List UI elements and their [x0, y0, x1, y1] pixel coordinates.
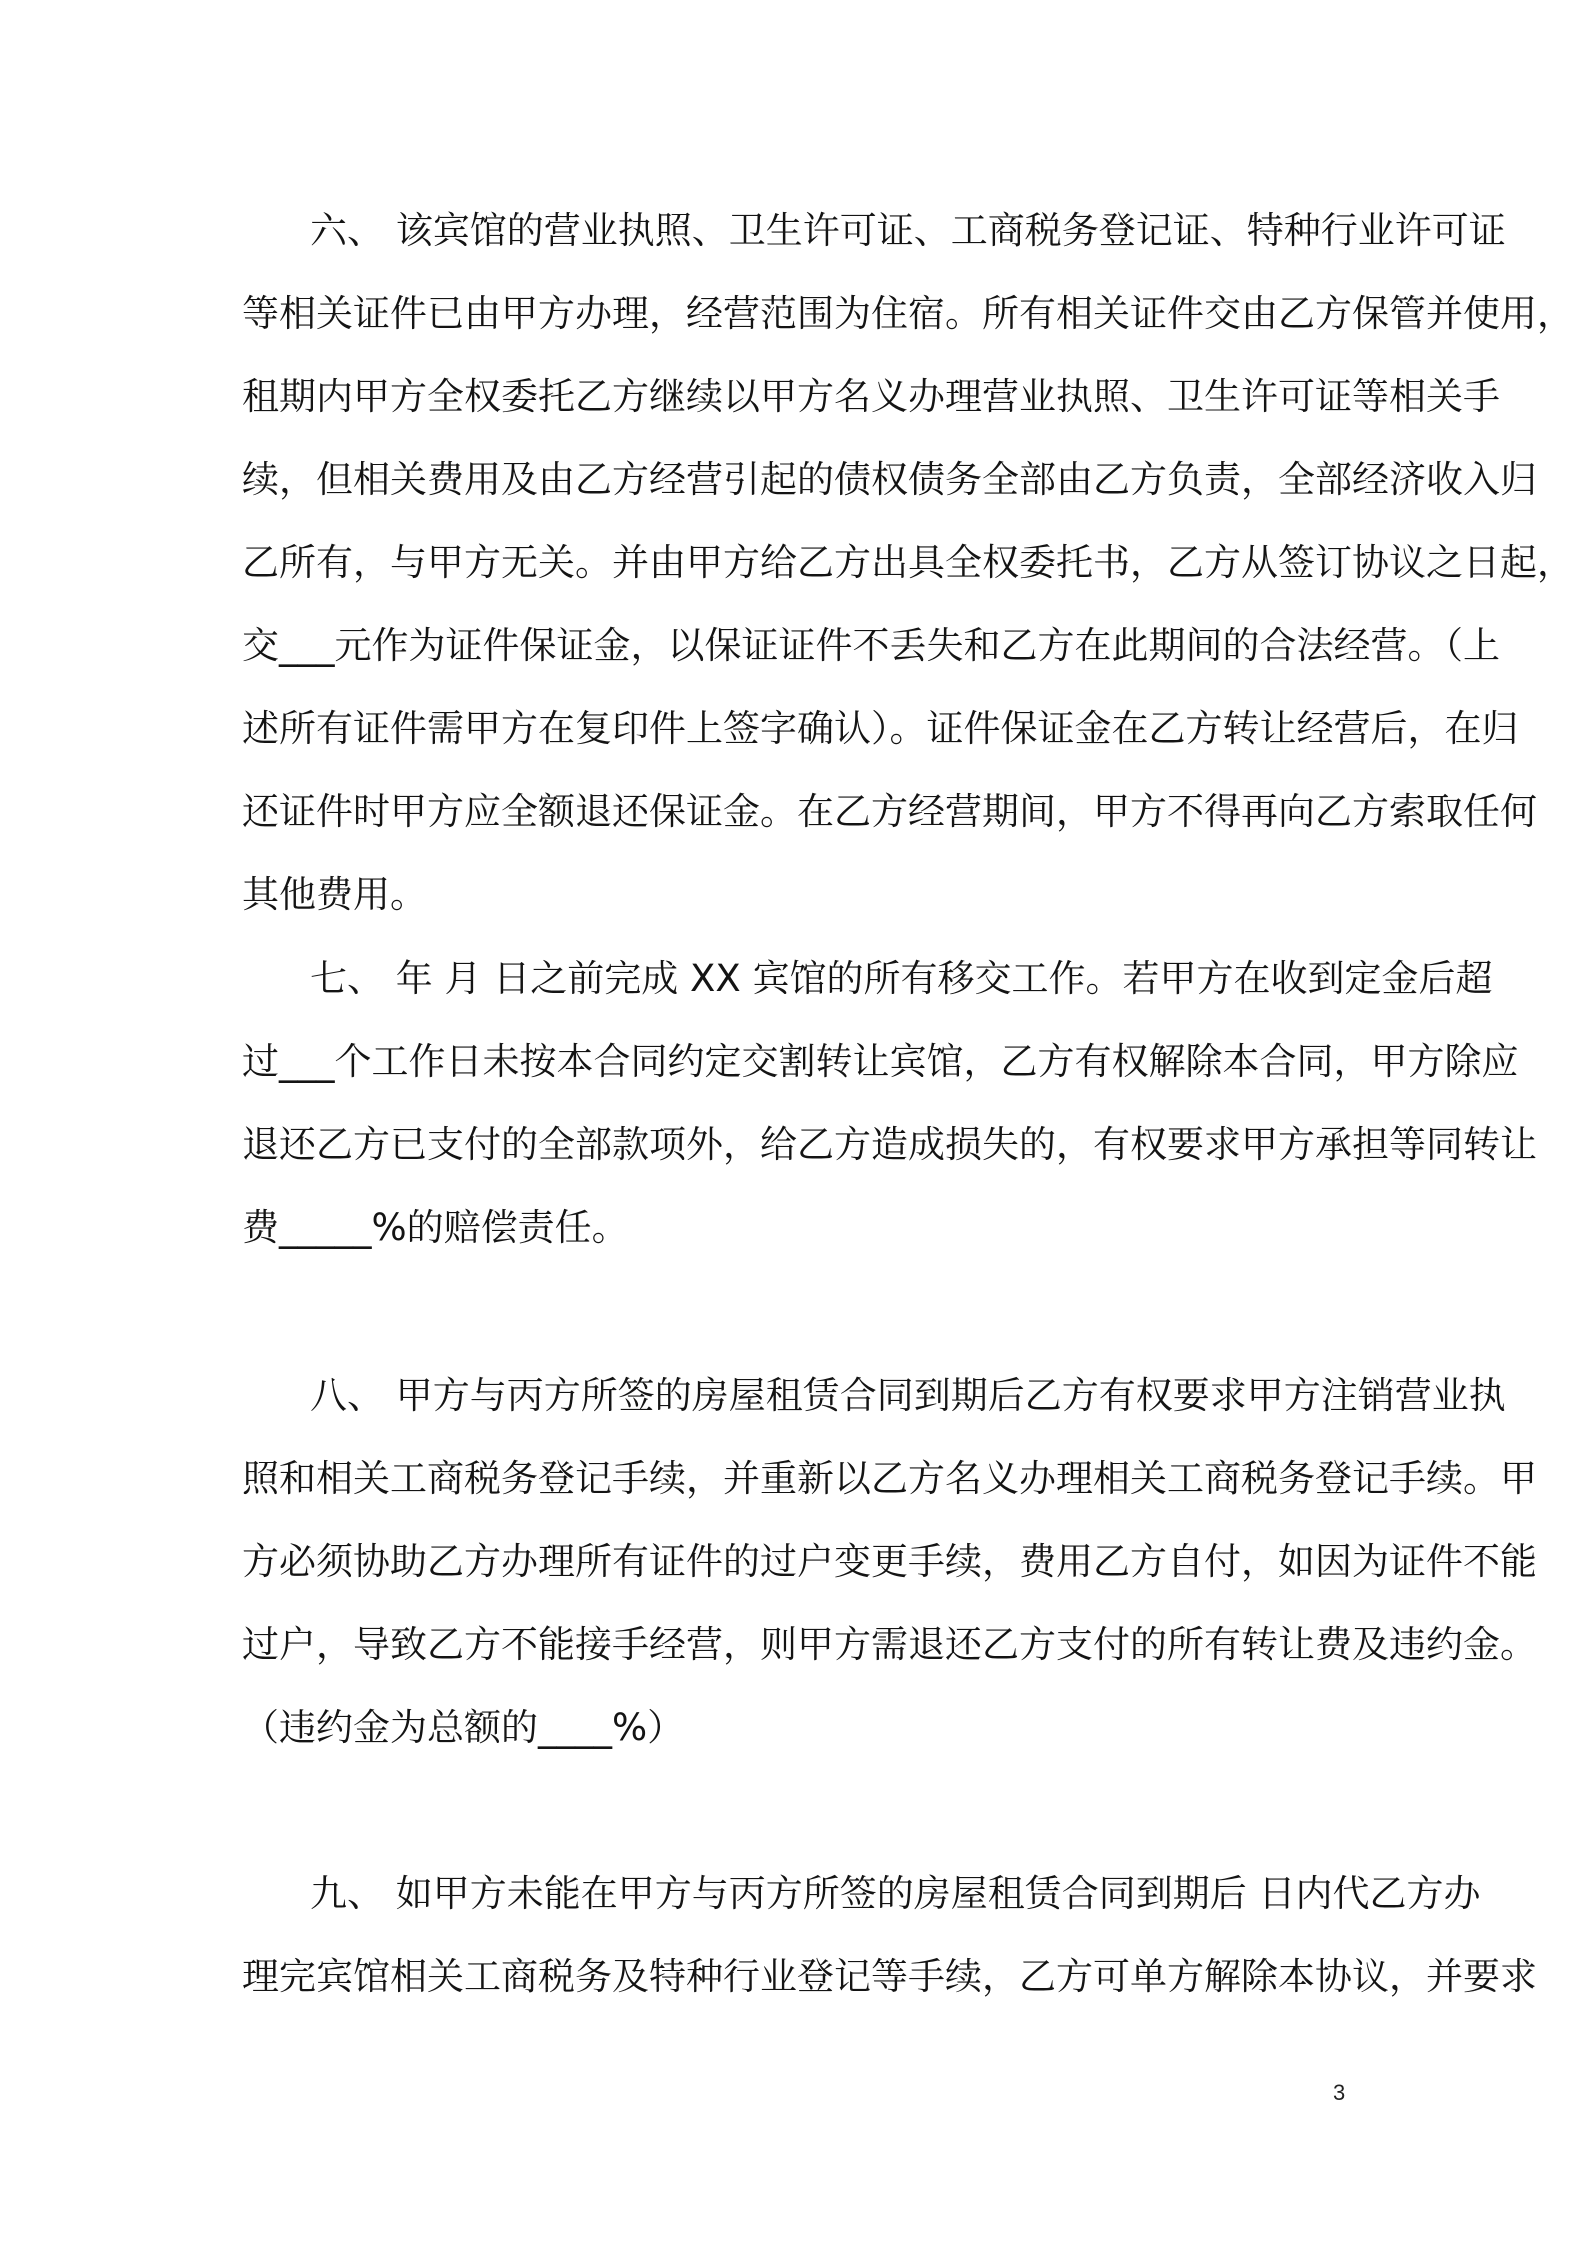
- text-line: （违约金为总额的____%）: [242, 1704, 1355, 1752]
- text-line: 照和相关工商税务登记手续，并重新以乙方名义办理相关工商税务登记手续。甲: [242, 1455, 1355, 1503]
- text-line: 九、 如甲方未能在甲方与丙方所签的房屋租赁合同到期后 日内代乙方办: [310, 1870, 1355, 1918]
- text-line: 八、 甲方与丙方所签的房屋租赁合同到期后乙方有权要求甲方注销营业执: [310, 1372, 1355, 1420]
- text-line: 退还乙方已支付的全部款项外，给乙方造成损失的，有权要求甲方承担等同转让: [242, 1121, 1355, 1169]
- text-line: 过户，导致乙方不能接手经营，则甲方需退还乙方支付的所有转让费及违约金。: [242, 1621, 1355, 1669]
- text-line: 理完宾馆相关工商税务及特种行业登记等手续，乙方可单方解除本协议，并要求: [242, 1953, 1355, 2001]
- text-line: 六、 该宾馆的营业执照、卫生许可证、工商税务登记证、特种行业许可证: [310, 207, 1355, 255]
- page-number: 3: [1333, 2080, 1345, 2106]
- text-line: 续，但相关费用及由乙方经营引起的债权债务全部由乙方负责，全部经济收入归: [242, 456, 1355, 504]
- text-line: 费_____%的赔偿责任。: [242, 1204, 1355, 1252]
- text-line: 过___个工作日未按本合同约定交割转让宾馆，乙方有权解除本合同，甲方除应: [242, 1038, 1355, 1086]
- text-line: 乙所有，与甲方无关。并由甲方给乙方出具全权委托书，乙方从签订协议之日起，: [242, 539, 1355, 587]
- text-line: 交___元作为证件保证金，以保证证件不丢失和乙方在此期间的合法经营。（上: [242, 622, 1355, 670]
- text-line: 等相关证件已由甲方办理，经营范围为住宿。所有相关证件交由乙方保管并使用，: [242, 290, 1355, 338]
- text-line: 方必须协助乙方办理所有证件的过户变更手续，费用乙方自付，如因为证件不能: [242, 1538, 1355, 1586]
- text-line: 七、 年 月 日之前完成 XX 宾馆的所有移交工作。若甲方在收到定金后超: [310, 955, 1355, 1003]
- text-line: 其他费用。: [242, 871, 1355, 919]
- document-page: 六、 该宾馆的营业执照、卫生许可证、工商税务登记证、特种行业许可证 等相关证件已…: [0, 0, 1586, 2244]
- text-line: 租期内甲方全权委托乙方继续以甲方名义办理营业执照、卫生许可证等相关手: [242, 373, 1355, 421]
- text-line: 述所有证件需甲方在复印件上签字确认）。证件保证金在乙方转让经营后，在归: [242, 705, 1355, 753]
- text-line: 还证件时甲方应全额退还保证金。在乙方经营期间，甲方不得再向乙方索取任何: [242, 788, 1355, 836]
